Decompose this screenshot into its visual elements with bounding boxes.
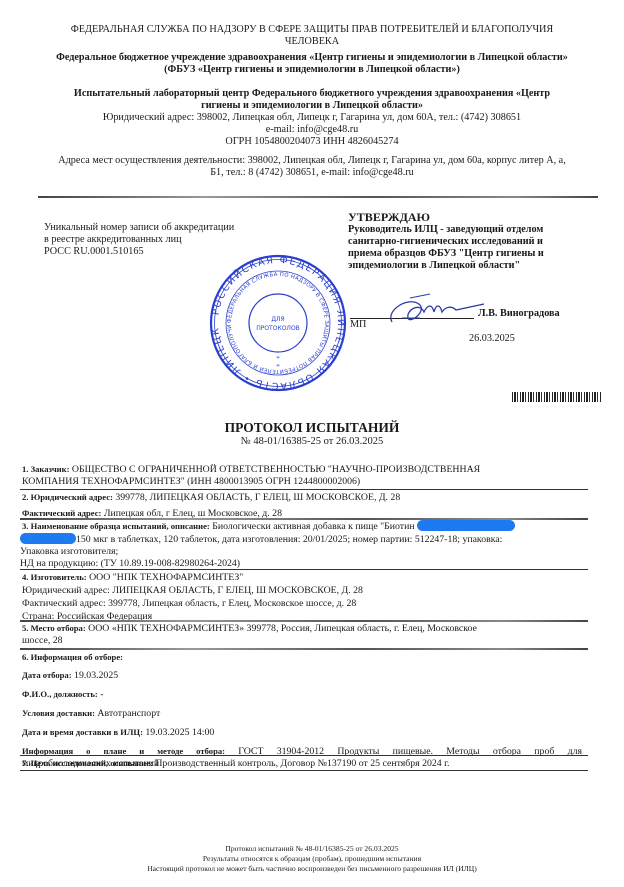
approval-line-4: эпидемиологии в Липецкой области" (348, 260, 544, 272)
approval-block: УТВЕРЖДАЮ Руководитель ИЛЦ - заведующий … (348, 210, 544, 272)
activity-address: Адреса мест осуществления деятельности: … (0, 155, 624, 179)
signature-icon (380, 290, 490, 330)
approval-date: 26.03.2025 (469, 333, 515, 345)
svg-text:*: * (276, 355, 280, 363)
section-sampling-info: 6. Информация об отборе: Дата отбора: 19… (22, 651, 582, 770)
actual-address-label: Фактический адрес: (22, 508, 101, 518)
accreditation-line-2: в реестре аккредитованных лиц (44, 234, 234, 246)
sampler-label: Ф.И.О., должность: (22, 689, 98, 699)
section-manufacturer: 4. Изготовитель: ООО "НПК ТЕХНОФАРМСИНТЕ… (22, 571, 582, 623)
page-footer: Протокол испытаний № 48-01/16385-25 от 2… (0, 844, 624, 874)
delivery-conditions-label: Условия доставки: (22, 708, 95, 718)
svg-text:ДЛЯ: ДЛЯ (271, 316, 284, 323)
footer-results-note: Результаты относятся к образцам (пробам)… (0, 854, 624, 864)
sampling-date-label: Дата отбора: (22, 670, 72, 680)
section-customer: 1. Заказчик: ОБЩЕСТВО С ОГРАНИЧЕННОЙ ОТВ… (22, 463, 582, 488)
divider (20, 569, 588, 570)
accreditation-line-1: Уникальный номер записи об аккредитации (44, 222, 234, 234)
activity-address-line-1: Адреса мест осуществления деятельности: … (0, 155, 624, 167)
lab-line-2: гигиены и эпидемиологии в Липецкой облас… (0, 100, 624, 112)
sample-value-cont: 150 мкг в таблетках, 120 таблеток, дата … (76, 534, 502, 545)
lab-ogrn-inn: ОГРН 1054800204073 ИНН 4826045274 (0, 136, 624, 148)
divider (20, 648, 588, 650)
manufacturer-legal-address: Юридический адрес: ЛИПЕЦКАЯ ОБЛАСТЬ, Г Е… (22, 585, 582, 597)
svg-text:ПРОТОКОЛОВ: ПРОТОКОЛОВ (256, 325, 300, 332)
lab-email: e-mail: info@cge48.ru (0, 124, 624, 136)
agency-line-1: ФЕДЕРАЛЬНАЯ СЛУЖБА ПО НАДЗОРУ В СФЕРЕ ЗА… (0, 24, 624, 36)
legal-address-value: 399778, ЛИПЕЦКАЯ ОБЛАСТЬ, Г ЕЛЕЦ, Ш МОСК… (113, 492, 400, 503)
sampler-value: - (98, 689, 104, 700)
approval-line-2: санитарно-гигиенических исследований и (348, 236, 544, 248)
approval-line-3: приема образцов ФБУЗ "Центр гигиены и (348, 248, 544, 260)
section-sample: 3. Наименование образца испытаний, описа… (22, 520, 582, 570)
sample-packaging: Упаковка изготовителя; (20, 546, 582, 558)
sampling-info-label: 6. Информация об отборе: (22, 651, 582, 663)
delivery-datetime-label: Дата и время доставки в ИЛЦ: (22, 727, 143, 737)
footer-reproduction-note: Настоящий протокол не может быть частичн… (0, 864, 624, 874)
footer-protocol-ref: Протокол испытаний № 48-01/16385-25 от 2… (0, 844, 624, 854)
section-purpose: 7. Цель исследований, основание: Произво… (22, 757, 582, 770)
sampling-date-value: 19.03.2025 (72, 670, 119, 681)
purpose-label: 7. Цель исследований, основание: (22, 758, 153, 768)
lab-legal-address: Юридический адрес: 398002, Липецкая обл,… (0, 112, 624, 124)
redacted-block (417, 520, 515, 531)
signatory-name: Л.В. Виноградова (478, 308, 560, 320)
approval-title: УТВЕРЖДАЮ (348, 210, 544, 224)
delivery-conditions-value: Автотранспорт (95, 708, 160, 719)
manufacturer-value: ООО "НПК ТЕХНОФАРМСИНТЕЗ" (87, 572, 244, 583)
institution-line-2: (ФБУЗ «Центр гигиены и эпидемиологии в Л… (0, 64, 624, 76)
sampling-place-value: ООО «НПК ТЕХНОФАРМСИНТЕЗ» 399778, Россия… (86, 623, 477, 634)
legal-address-label: 2. Юридический адрес: (22, 492, 113, 502)
official-seal-icon: РОССИЙСКАЯ ФЕДЕРАЦИЯ ЛИПЕЦКАЯ ОБЛАСТЬ • … (208, 254, 348, 392)
sampling-place-value-cont: шоссе, 28 (22, 635, 582, 647)
customer-label: 1. Заказчик: (22, 464, 69, 474)
sample-label: 3. Наименование образца испытаний, описа… (22, 521, 210, 531)
header-divider (38, 196, 598, 198)
sampling-place-label: 5. Место отбора: (22, 623, 86, 633)
approval-line-1: Руководитель ИЛЦ - заведующий отделом (348, 224, 544, 236)
purpose-value: Производственный контроль, Договор №1371… (153, 758, 450, 769)
section-sampling-place: 5. Место отбора: ООО «НПК ТЕХНОФАРМСИНТЕ… (22, 622, 582, 647)
sample-value: Биологически активная добавка к пище "Би… (210, 521, 417, 532)
customer-value: ОБЩЕСТВО С ОГРАНИЧЕННОЙ ОТВЕТСТВЕННОСТЬЮ… (69, 464, 480, 475)
delivery-datetime-value: 19.03.2025 14:00 (143, 727, 214, 738)
divider (20, 755, 588, 756)
agency-line-2: ЧЕЛОВЕКА (0, 36, 624, 48)
barcode-icon (512, 392, 602, 402)
institution-name: Федеральное бюджетное учреждение здравоо… (0, 52, 624, 76)
divider (20, 770, 588, 771)
redacted-block (20, 533, 76, 544)
divider (20, 489, 588, 490)
svg-text:*: * (276, 363, 280, 371)
protocol-number: № 48-01/16385-25 от 26.03.2025 (0, 435, 624, 448)
lab-info: Испытательный лабораторный центр Федерал… (0, 88, 624, 148)
agency-name: ФЕДЕРАЛЬНАЯ СЛУЖБА ПО НАДЗОРУ В СФЕРЕ ЗА… (0, 24, 624, 48)
institution-line-1: Федеральное бюджетное учреждение здравоо… (0, 52, 624, 64)
manufacturer-actual-address: Фактический адрес: 399778, Липецкая обла… (22, 598, 582, 610)
accreditation-block: Уникальный номер записи об аккредитации … (44, 222, 234, 258)
protocol-title: ПРОТОКОЛ ИСПЫТАНИЙ (0, 420, 624, 435)
manufacturer-label: 4. Изготовитель: (22, 572, 87, 582)
section-legal-address: 2. Юридический адрес: 399778, ЛИПЕЦКАЯ О… (22, 491, 582, 520)
stamp-mark: МП (350, 319, 366, 331)
accreditation-number: РОСС RU.0001.510165 (44, 246, 234, 258)
protocol-title-block: ПРОТОКОЛ ИСПЫТАНИЙ № 48-01/16385-25 от 2… (0, 420, 624, 448)
customer-value-cont: КОМПАНИЯ ТЕХНОФАРМСИНТЕЗ" (ИНН 480001390… (22, 476, 582, 488)
activity-address-line-2: Б1, тел.: 8 (4742) 308651, e-mail: info@… (0, 167, 624, 179)
lab-line-1: Испытательный лабораторный центр Федерал… (0, 88, 624, 100)
